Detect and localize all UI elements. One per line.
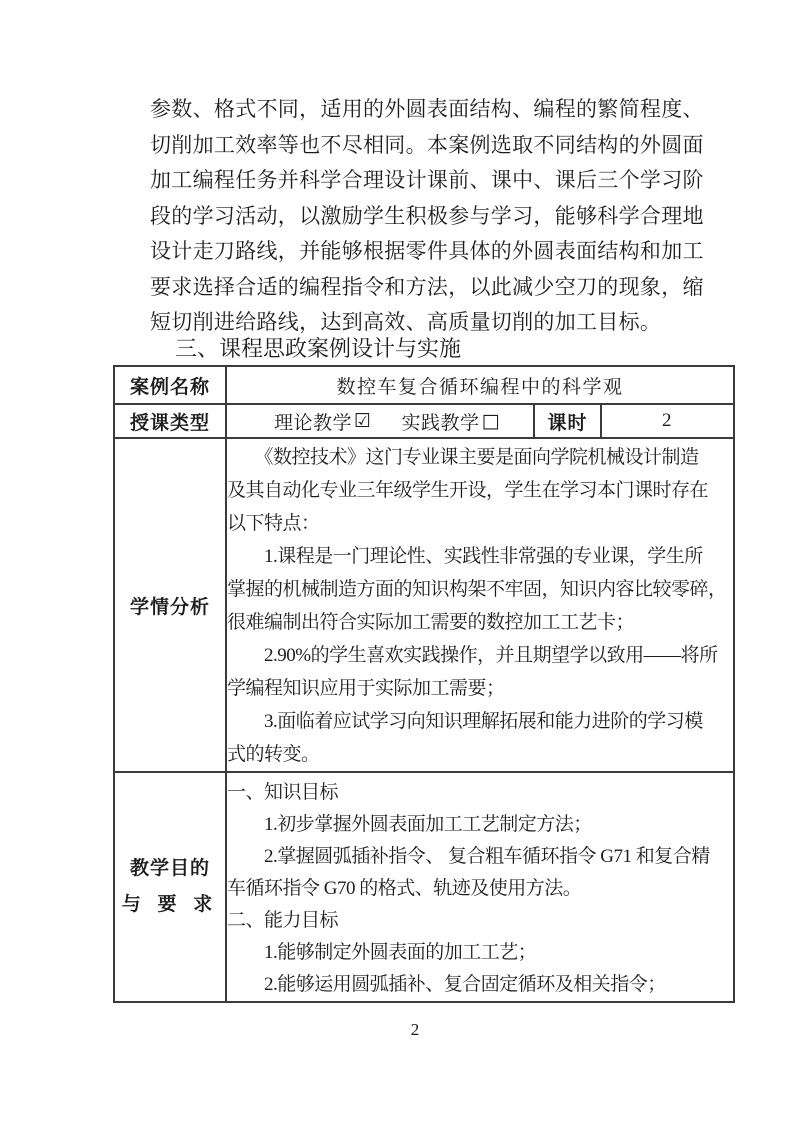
intro-line: 段的学习活动，以激励学生积极参与学习，能够科学合理地 [150,199,695,235]
table-row-learner-analysis: 学情分析 《数控技术》这门专业课主要是面向学院机械设计制造 及其自动化专业三年级… [114,438,734,772]
teaching-objectives-content: 一、知识目标 1.初步掌握外圆表面加工工艺制定方法； 2.掌握圆弧插补指令、 复… [226,772,734,1002]
analysis-line: 3.面临着应试学习向知识理解拓展和能力进阶的学习模 [227,705,733,738]
objectives-line: 1.初步掌握外圆表面加工工艺制定方法； [227,809,733,841]
hours-value: 2 [601,404,734,438]
section-heading: 三、课程思政案例设计与实施 [175,334,461,364]
objectives-line: 二、能力目标 [227,905,733,937]
intro-line: 要求选择合适的编程指令和方法，以此减少空刀的现象，缩 [150,270,695,306]
checked-checkbox-icon: ☑ [354,410,372,432]
analysis-line: 学编程知识应用于实际加工需要； [227,672,733,705]
theory-option: 理论教学☑ [274,408,372,435]
objectives-line: 2.能够运用圆弧插补、复合固定循环及相关指令； [227,969,733,1001]
teaching-objectives-label-line2: 与 要 求 [115,887,225,923]
analysis-line: 1.课程是一门理论性、实践性非常强的专业课，学生所 [227,540,733,573]
case-name-label: 案例名称 [114,366,226,404]
teaching-objectives-label: 教学目的 与 要 求 [114,772,226,1002]
document-page: 参数、格式不同，适用的外圆表面结构、编程的繁简程度、 切削加工效率等也不尽相同。… [0,0,793,1122]
learner-analysis-content: 《数控技术》这门专业课主要是面向学院机械设计制造 及其自动化专业三年级学生开设，… [226,438,734,772]
course-type-label: 授课类型 [114,404,226,438]
analysis-line: 很难编制出符合实际加工需要的数控加工工艺卡； [227,606,733,639]
analysis-line: 及其自动化专业三年级学生开设，学生在学习本门课时存在 [227,474,733,507]
intro-line: 加工编程任务并科学合理设计课前、课中、课后三个学习阶 [150,163,695,199]
page-number: 2 [150,1020,680,1040]
table-row-case-name: 案例名称 数控车复合循环编程中的科学观 [114,366,734,404]
case-name-value: 数控车复合循环编程中的科学观 [226,366,734,404]
teaching-objectives-label-line1: 教学目的 [115,851,225,887]
intro-line: 设计走刀路线，并能够根据零件具体的外圆表面结构和加工 [150,234,695,270]
objectives-line: 车循环指令 G70 的格式、轨迹及使用方法。 [227,873,733,905]
practice-option: 实践教学□ [402,408,500,435]
analysis-line: 式的转变。 [227,738,733,771]
learner-analysis-label: 学情分析 [114,438,226,772]
analysis-line: 掌握的机械制造方面的知识构架不牢固，知识内容比较零碎， [227,573,733,606]
theory-option-label: 理论教学 [274,408,352,435]
intro-line: 切削加工效率等也不尽相同。本案例选取不同结构的外圆面 [150,128,695,164]
intro-paragraph: 参数、格式不同，适用的外圆表面结构、编程的繁简程度、 切削加工效率等也不尽相同。… [150,92,695,341]
practice-option-label: 实践教学 [402,408,480,435]
analysis-line: 2.90%的学生喜欢实践操作，并且期望学以致用——将所 [227,639,733,672]
intro-line: 参数、格式不同，适用的外圆表面结构、编程的繁简程度、 [150,92,695,128]
case-table: 案例名称 数控车复合循环编程中的科学观 授课类型 理论教学☑ 实践教学□ 课时 … [113,365,735,1003]
table-row-teaching-objectives: 教学目的 与 要 求 一、知识目标 1.初步掌握外圆表面加工工艺制定方法； 2.… [114,772,734,1002]
objectives-line: 一、知识目标 [227,777,733,809]
analysis-line: 以下特点： [227,507,733,540]
unchecked-checkbox-icon: □ [482,410,500,432]
table-row-course-type: 授课类型 理论教学☑ 实践教学□ 课时 2 [114,404,734,438]
course-type-options: 理论教学☑ 实践教学□ [226,404,534,438]
hours-label: 课时 [534,404,601,438]
analysis-line: 《数控技术》这门专业课主要是面向学院机械设计制造 [227,441,733,474]
objectives-line: 1.能够制定外圆表面的加工工艺； [227,937,733,969]
objectives-line: 2.掌握圆弧插补指令、 复合粗车循环指令 G71 和复合精 [227,841,733,873]
